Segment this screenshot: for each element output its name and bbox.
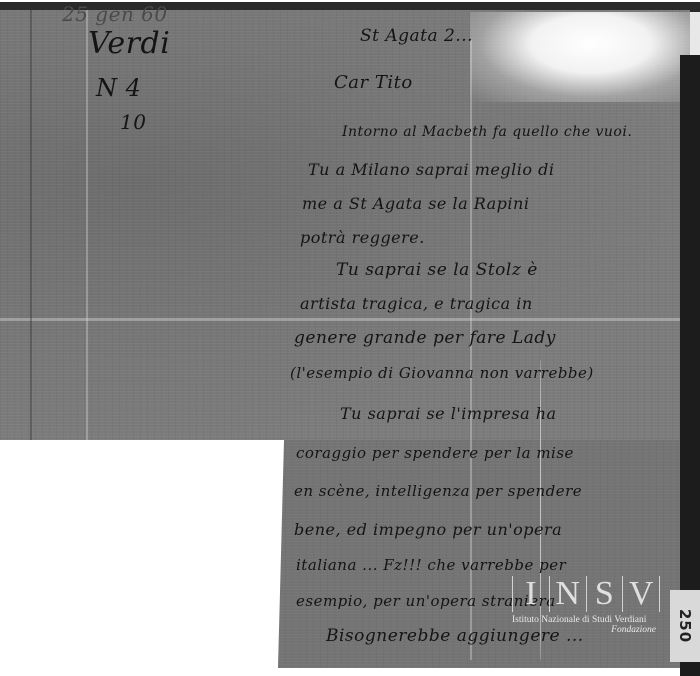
letter-line: potrà reggere. [300,228,425,247]
letter-line: genere grande per fare Lady [294,328,556,348]
overexposed-area [470,12,690,102]
margin-ref: N 4 [96,74,141,102]
letter-place-date: St Agata 2... [360,26,473,46]
letter-line: Tu a Milano saprai meglio di [308,160,554,179]
watermark-foundation: Fondazione [512,625,660,635]
letter-line: Tu saprai se l'impresa ha [340,404,557,423]
watermark-letter: V [622,576,660,612]
fold-line-horizontal [0,318,690,321]
fold-line-vertical [30,10,32,440]
letter-salutation: Car Tito [334,72,413,93]
fold-line-vertical [86,10,88,440]
margin-author: Verdi [88,26,170,61]
watermark-letter: I [512,576,549,612]
letter-line: en scène, intelligenza per spendere [294,482,582,500]
binding-edge [680,55,700,676]
watermark-logo: I N S V [512,576,660,612]
watermark-institute: Istituto Nazionale di Studi Verdiani [512,615,660,625]
watermark-letter: S [586,576,623,612]
margin-sub: 10 [120,110,146,134]
watermark-letter: N [549,576,586,612]
letter-line: coraggio per spendere per la mise [296,444,574,462]
letter-line: artista tragica, e tragica in [300,294,533,313]
archive-number: 250 [676,609,694,643]
letter-line: (l'esempio di Giovanna non varrebbe) [290,364,594,382]
letter-line: Intorno al Macbeth fa quello che vuoi. [342,124,632,140]
binding-edge [690,12,700,57]
letter-line: bene, ed impegno per un'opera [294,520,562,539]
margin-date: 25 gen 60 [62,2,168,26]
archive-number-tag: 250 [670,590,700,662]
letter-line: Tu saprai se la Stolz è [336,260,538,280]
letter-line: italiana ... Fz!!! che varrebbe per [296,556,566,574]
insv-watermark: I N S V Istituto Nazionale di Studi Verd… [512,576,660,632]
letter-line: me a St Agata se la Rapini [302,194,529,213]
